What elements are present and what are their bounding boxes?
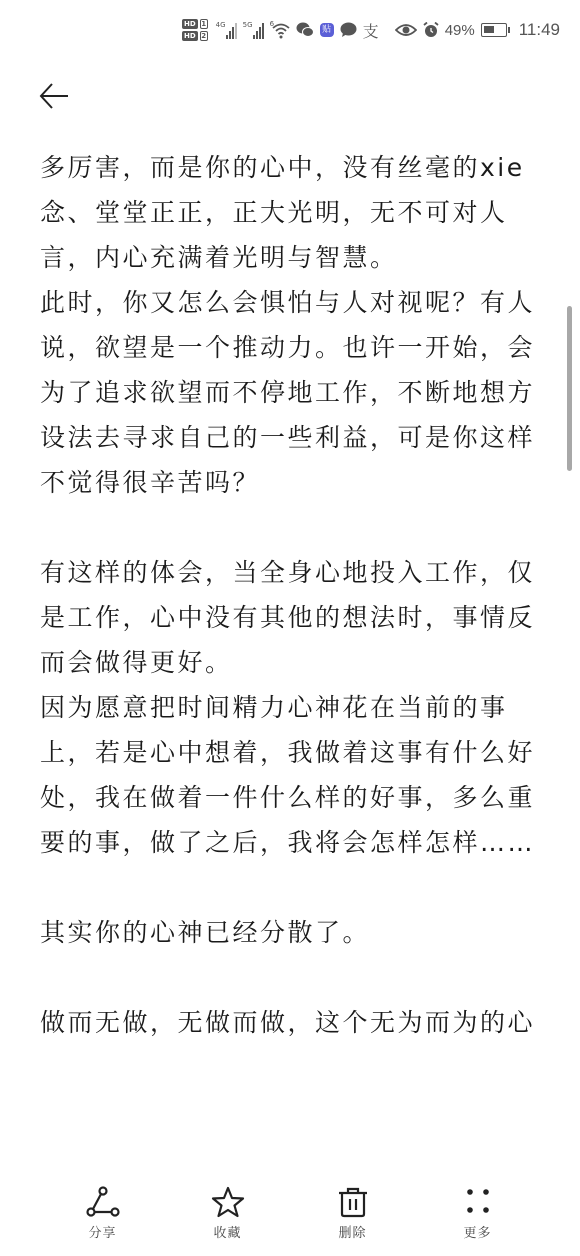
wifi-icon: 6	[270, 21, 290, 39]
more-button[interactable]: 更多	[438, 1186, 518, 1241]
signal-4g-icon: 4G	[216, 21, 237, 39]
wechat-icon	[296, 22, 314, 38]
more-icon	[461, 1186, 495, 1218]
hd-badge-1: HD	[182, 19, 198, 29]
alarm-icon	[423, 22, 439, 38]
alipay-icon: 支	[363, 19, 379, 42]
arrow-left-icon	[38, 82, 70, 110]
share-label: 分享	[88, 1222, 116, 1241]
clock: 11:49	[519, 20, 560, 40]
paragraph: 此时，你又怎么会惧怕与人对视呢？有人说，欲望是一个推动力。也许一开始，会为了追求…	[40, 280, 540, 505]
favorite-label: 收藏	[213, 1222, 241, 1241]
signal-5g-icon: 5G	[243, 21, 264, 39]
eye-comfort-icon	[395, 23, 417, 37]
delete-button[interactable]: 删除	[313, 1186, 393, 1241]
sim-2-icon: 2	[200, 31, 208, 41]
battery-percent: 49%	[445, 22, 475, 39]
app-notification-icon: 贴	[320, 23, 334, 37]
screen: HD 1 HD 2 4G 5G 6	[0, 0, 580, 1256]
sim-indicators: HD 1 HD 2	[182, 19, 208, 41]
favorite-button[interactable]: 收藏	[188, 1186, 268, 1241]
paragraph: 其实你的心神已经分散了。	[40, 910, 540, 955]
scrollbar-thumb[interactable]	[567, 306, 572, 471]
more-label: 更多	[463, 1222, 491, 1241]
star-icon	[211, 1186, 245, 1218]
battery-icon	[481, 23, 507, 37]
share-button[interactable]: 分享	[63, 1186, 143, 1241]
bottom-toolbar: 分享 收藏 删除 更多	[0, 1166, 580, 1256]
message-bubble-icon	[340, 22, 357, 38]
article-body: 多厉害，而是你的心中，没有丝毫的xie念、堂堂正正，正大光明，无不可对人言，内心…	[40, 145, 540, 1045]
share-icon	[86, 1186, 120, 1218]
paragraph: 多厉害，而是你的心中，没有丝毫的xie念、堂堂正正，正大光明，无不可对人言，内心…	[40, 145, 540, 280]
paragraph: 有这样的体会，当全身心地投入工作，仅是工作，心中没有其他的想法时，事情反而会做得…	[40, 550, 540, 685]
sim-1-icon: 1	[200, 19, 208, 29]
trash-icon	[336, 1186, 370, 1218]
paragraph: 做而无做，无做而做，这个无为而为的心	[40, 1000, 540, 1045]
back-button[interactable]	[36, 80, 72, 112]
status-bar: HD 1 HD 2 4G 5G 6	[0, 0, 580, 60]
hd-badge-2: HD	[182, 31, 198, 41]
delete-label: 删除	[338, 1222, 366, 1241]
paragraph: 因为愿意把时间精力心神花在当前的事上，若是心中想着，我做着这事有什么好处，我在做…	[40, 685, 540, 865]
